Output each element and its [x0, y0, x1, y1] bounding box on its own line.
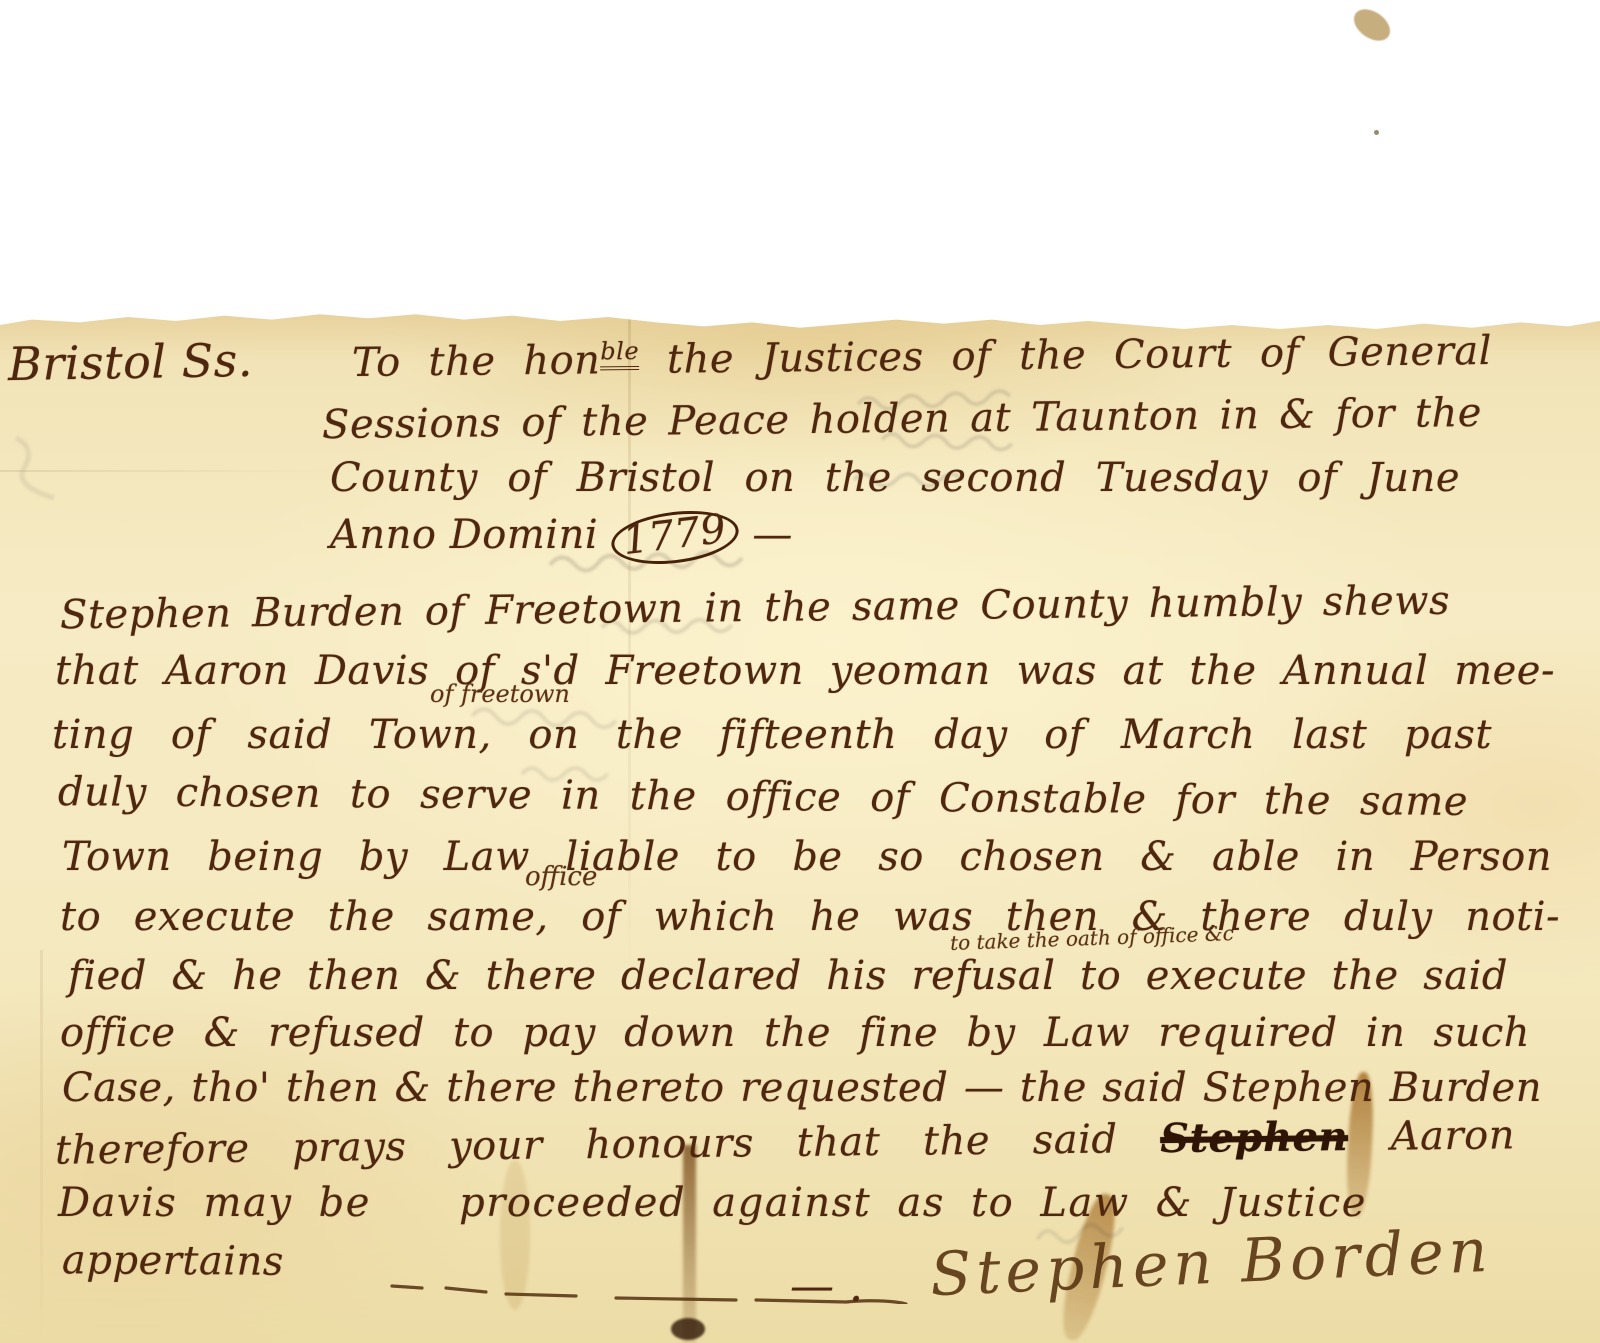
anno-domini-text: Anno Domini [330, 512, 611, 558]
address-line-1-text: To the hon [352, 337, 601, 386]
body-line-11-post: proceeded against as to Law & Justice [459, 1180, 1367, 1226]
body-line-6: to execute the same, of which he was the… [60, 894, 1560, 940]
signature-dash: — . [790, 1262, 863, 1313]
address-line-2: Sessions of the Peace holden at Taunton … [322, 390, 1482, 448]
body-line-7: fied & he then & there declared his refu… [68, 953, 1508, 999]
body-line-10-post: Aaron [1348, 1112, 1515, 1160]
dust-speck [1374, 130, 1379, 135]
manuscript-paper: Bristol Ss. To the honble the Justices o… [0, 0, 1600, 1343]
body-line-4: duly chosen to serve in the office of Co… [58, 769, 1468, 825]
paper-fragment [1348, 3, 1396, 47]
address-line-3: County of Bristol on the second Tuesday … [330, 455, 1460, 501]
fold-crease [40, 950, 43, 1343]
body-line-1: Stephen Burden of Freetown in the same C… [60, 578, 1450, 639]
body-line-7-post: to execute the said [1055, 953, 1508, 999]
body-line-11: Davis may be proceeded against as to Law… [58, 1180, 1367, 1226]
superscript-ble: ble [600, 337, 639, 370]
interlined-insert: of freetown [430, 680, 570, 708]
body-line-9: Case, tho' then & there thereto requeste… [62, 1065, 1542, 1111]
place-heading: Bristol Ss. [8, 334, 254, 391]
body-line-2: that Aaron Davis of s'd Freetown yeoman … [55, 648, 1555, 694]
ink-drip-stain [683, 1145, 696, 1343]
bleedthrough-mark [6, 428, 76, 512]
address-line-1: To the honble the Justices of the Court … [352, 328, 1492, 386]
body-line-6-pre: to execute the same, [60, 894, 549, 940]
body-line-8: office & refused to pay down the fine by… [60, 1010, 1530, 1056]
body-line-3: ting of said Town, on the fifteenth day … [52, 712, 1492, 758]
dash: — [752, 512, 793, 558]
interlined-insert: office [525, 862, 597, 892]
body-line-3-pre: ting of said Town, [52, 712, 492, 758]
body-line-3-post: on the fifteenth day of March last past [492, 712, 1492, 758]
body-line-11-pre: Davis may be [58, 1180, 371, 1226]
body-line-10-pre: therefore prays your honours that the sa… [55, 1116, 1161, 1174]
address-line-4: Anno Domini 1779 — [330, 512, 793, 563]
address-line-1-rest: the Justices of the Court of General [639, 328, 1492, 383]
body-line-12: appertains [62, 1237, 284, 1285]
ink-blob [671, 1318, 705, 1340]
body-line-5: Town being by Law liable to be so chosen… [62, 834, 1552, 880]
body-line-10: therefore prays your honours that the sa… [55, 1112, 1515, 1173]
body-line-7-pre: fied & he then & there declared his refu… [68, 953, 1055, 999]
struck-word: Stephen [1160, 1113, 1348, 1162]
document-scan: Bristol Ss. To the honble the Justices o… [0, 0, 1600, 1343]
year-circled: 1779 [609, 504, 742, 570]
signature: Stephen Borden [929, 1216, 1494, 1310]
